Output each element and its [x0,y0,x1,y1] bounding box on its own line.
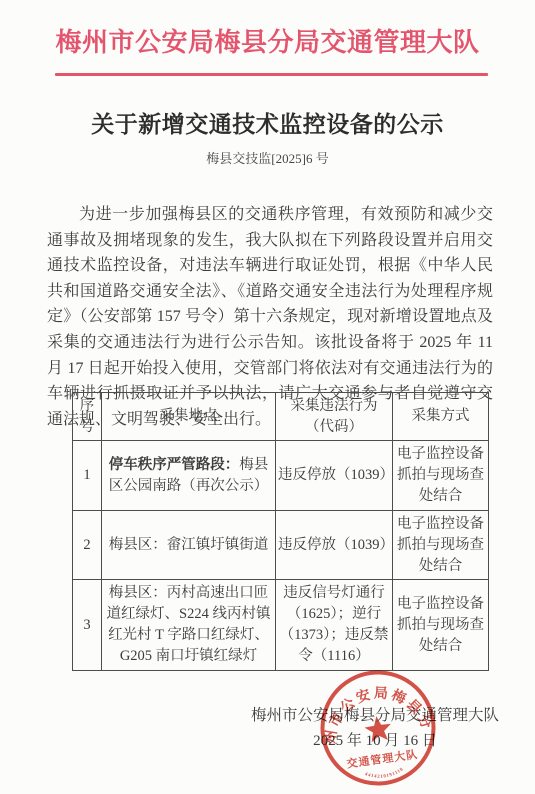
header-cell-location: 采集地点 [102,393,276,441]
signature-org: 梅州市公安局梅县分局交通管理大队 [225,703,525,725]
cell-location: 停车秩序严管路段：梅县区公园南路（再次公示） [102,441,276,511]
agency-header-title: 梅州市公安局梅县分局交通管理大队 [0,22,535,59]
cell-location: 梅县区：畲江镇圩镇街道 [102,511,276,580]
document-page: 梅州市公安局梅县分局交通管理大队 关于新增交通技术监控设备的公示 梅县交技监[2… [0,0,535,794]
header-cell-no: 序号 [73,393,102,441]
header-divider-rule [55,73,488,76]
header-violation-line2: （代码） [305,419,363,435]
header-cell-method: 采集方式 [393,393,489,441]
cell-no: 3 [73,580,102,671]
table-header-row: 序号 采集地点 采集违法行为 （代码） 采集方式 [73,393,489,441]
cell-method: 电子监控设备抓拍与现场查处结合 [393,441,489,511]
table-row: 3 梅县区：丙村高速出口匝道红绿灯、S224 线丙村镇红光村 T 字路口红绿灯、… [73,580,489,671]
table-row: 2 梅县区：畲江镇圩镇街道 违反停放（1039） 电子监控设备抓拍与现场查处结合 [73,511,489,580]
location-bold-prefix: 停车秩序严管路段： [109,457,240,473]
seal-ring [315,665,440,790]
official-seal: 梅州市公安局梅县分局 交通管理大队 4414210191118 [307,657,449,794]
monitoring-devices-table: 序号 采集地点 采集违法行为 （代码） 采集方式 1 停车秩序严管路段：梅县区公… [72,392,489,671]
header-cell-violation: 采集违法行为 （代码） [276,393,393,441]
doc-number: 梅县交技监[2025]6 号 [0,148,535,167]
cell-no: 1 [73,441,102,511]
cell-violation: 违反停放（1039） [276,511,393,580]
svg-text:4414210191118: 4414210191118 [363,767,405,783]
cell-method: 电子监控设备抓拍与现场查处结合 [393,580,489,671]
signature-date: 2025 年 10 月 16 日 [225,729,525,750]
notice-title: 关于新增交通技术监控设备的公示 [0,106,535,139]
cell-location: 梅县区：丙村高速出口匝道红绿灯、S224 线丙村镇红光村 T 字路口红绿灯、G2… [102,580,276,671]
seal-name-text: 交通管理大队 [346,747,419,771]
cell-method: 电子监控设备抓拍与现场查处结合 [393,511,489,580]
cell-violation: 违反停放（1039） [276,441,393,511]
cell-violation: 违反信号灯通行（1625）；逆行（1373）；违反禁令（1116） [276,580,393,671]
header-violation-line1: 采集违法行为 [291,398,378,414]
cell-no: 2 [73,511,102,580]
table-row: 1 停车秩序严管路段：梅县区公园南路（再次公示） 违反停放（1039） 电子监控… [73,441,489,511]
seal-code: 4414210191118 [363,767,405,783]
